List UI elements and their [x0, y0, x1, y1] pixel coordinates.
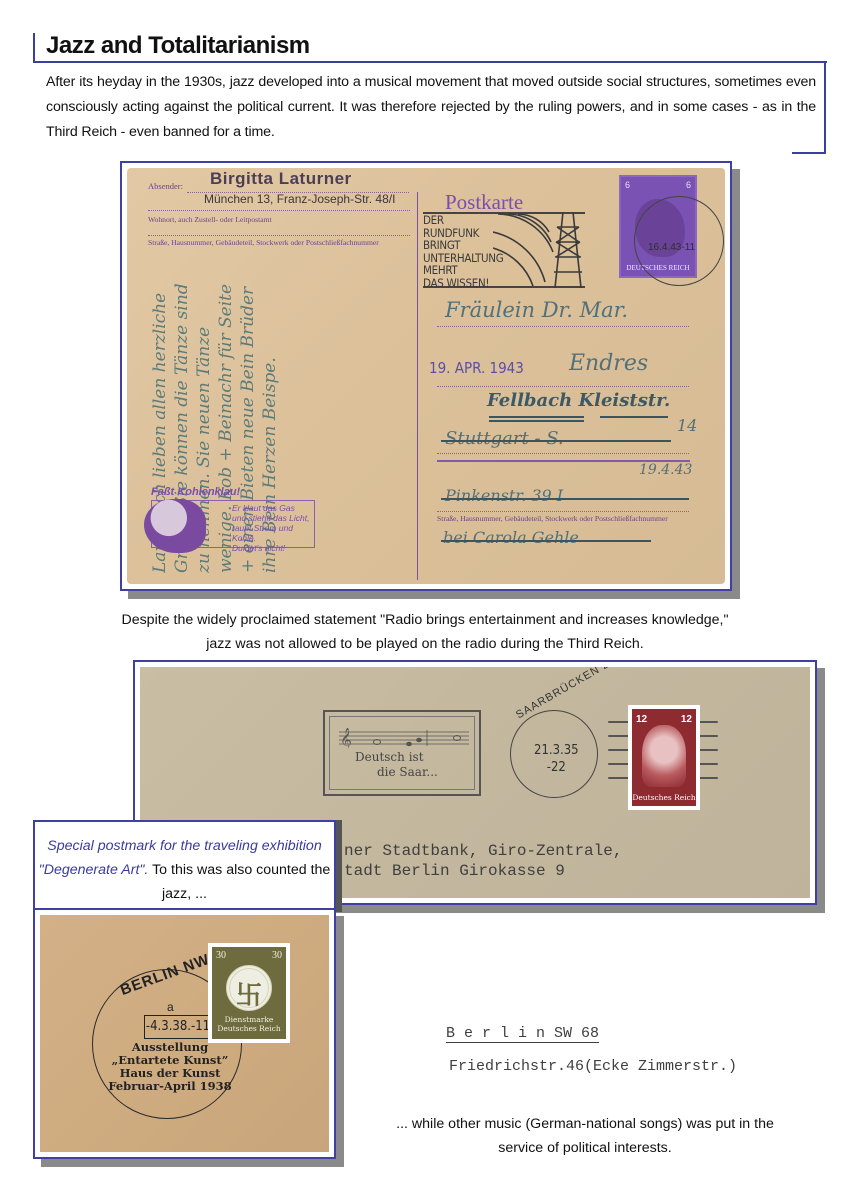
postcard-divider — [417, 192, 418, 580]
underline-stroke — [600, 416, 668, 418]
receipt-date-stamp: 19. APR. 1943 — [429, 359, 524, 377]
postage-stamp-12pf: 12 12 Deutsches Reich — [628, 705, 700, 810]
postcard-image: Absender: Birgitta Laturner München 13, … — [120, 161, 732, 591]
address-line: ner Stadtbank, Giro-Zentrale, — [344, 842, 622, 860]
cancel-date: -4.3.38.-11 — [144, 1015, 212, 1039]
strikethrough — [441, 440, 671, 442]
cut-paper: BERLIN NW 40 a -4.3.38.-11 Ausstellung „… — [40, 915, 329, 1152]
caption-degenerate-art: Special postmark for the traveling exhib… — [35, 834, 334, 906]
munich-cancel-ring — [634, 196, 724, 286]
dotted-line — [148, 210, 410, 211]
caption-degenerate-art-box: Special postmark for the traveling exhib… — [33, 820, 336, 912]
strikethrough — [441, 498, 689, 500]
official-stamp-30pf: 30 30 卐 Dienstmarke Deutsches Reich — [208, 943, 290, 1043]
field-street-label: Straße, Hausnummer, Gebäudeteil, Stockwe… — [437, 514, 668, 523]
cancel-date: 21.3.35 — [534, 742, 579, 759]
sender-name: Birgitta Laturner — [210, 169, 352, 189]
dotted-line — [437, 326, 689, 327]
recipient-line: Stuttgart - S. — [445, 428, 564, 449]
recipient-line: 19.4.43 — [639, 462, 692, 478]
kohlenklau-figure-icon — [144, 499, 206, 553]
recipient-line: Endres — [569, 351, 648, 376]
saar-slogan-cancel: 𝄞 Deutsch ist die Saar... — [323, 710, 481, 796]
recipient-line: Fräulein Dr. Mar. — [445, 298, 628, 322]
strikethrough — [441, 540, 651, 542]
music-staff-icon: 𝄞 — [339, 728, 469, 748]
cancel-date: 16.4.43-11 — [648, 242, 695, 253]
sender-address: München 13, Franz-Joseph-Str. 48/I — [204, 192, 395, 206]
cancel-letter: a — [167, 1000, 174, 1014]
address-line: tadt Berlin Girokasse 9 — [344, 862, 565, 880]
address-city: B e r l i n SW 68 — [446, 1025, 599, 1043]
postcard-paper: Absender: Birgitta Laturner München 13, … — [127, 168, 725, 584]
underline-stroke — [489, 416, 584, 418]
propaganda-title: Faßt Kohlenklau! — [151, 486, 240, 498]
dotted-line — [437, 453, 689, 454]
mother-child-figure-icon — [642, 725, 686, 787]
caption-national-songs: ... while other music (German-national s… — [355, 1112, 815, 1160]
radio-tower-icon — [493, 212, 585, 290]
recipient-line: 14 — [677, 416, 697, 435]
dotted-line — [437, 511, 689, 512]
page-title: Jazz and Totalitarianism — [46, 32, 310, 60]
sender-label: Absender: — [148, 181, 183, 191]
field-residence-label: Wohnort, auch Zustell- oder Leitpostamt — [148, 215, 272, 224]
recipient-line: Fellbach Kleiststr. — [487, 390, 670, 411]
field-street-label: Straße, Hausnummer, Gebäudeteil, Stockwe… — [148, 238, 379, 247]
dotted-line — [148, 235, 410, 236]
svg-text:𝄞: 𝄞 — [340, 728, 352, 748]
address-street: Friedrichstr.46(Ecke Zimmerstr.) — [449, 1058, 737, 1075]
propaganda-box: Er klaut das Gas und stiehlt das Licht, … — [151, 500, 315, 548]
dotted-line — [437, 386, 689, 387]
recipient-line: Pinkenstr. 39 I — [445, 486, 563, 505]
emblem-icon: 卐 — [226, 965, 272, 1011]
intro-paragraph: After its heyday in the 1930s, jazz deve… — [46, 70, 816, 145]
recipient-line: bei Carola Gehle — [443, 528, 579, 547]
underline-stroke — [489, 420, 584, 422]
berlin-cut-image: BERLIN NW 40 a -4.3.38.-11 Ausstellung „… — [33, 908, 336, 1159]
exhibition-cancel-text: Ausstellung „Entartete Kunst” Haus der K… — [100, 1041, 240, 1093]
caption-radio: Despite the widely proclaimed statement … — [60, 608, 790, 656]
cancel-time: -22 — [534, 759, 579, 776]
radio-slogan-cancel: DER RUNDFUNK BRINGT UNTERHALTUNG MEHRT D… — [423, 212, 585, 288]
